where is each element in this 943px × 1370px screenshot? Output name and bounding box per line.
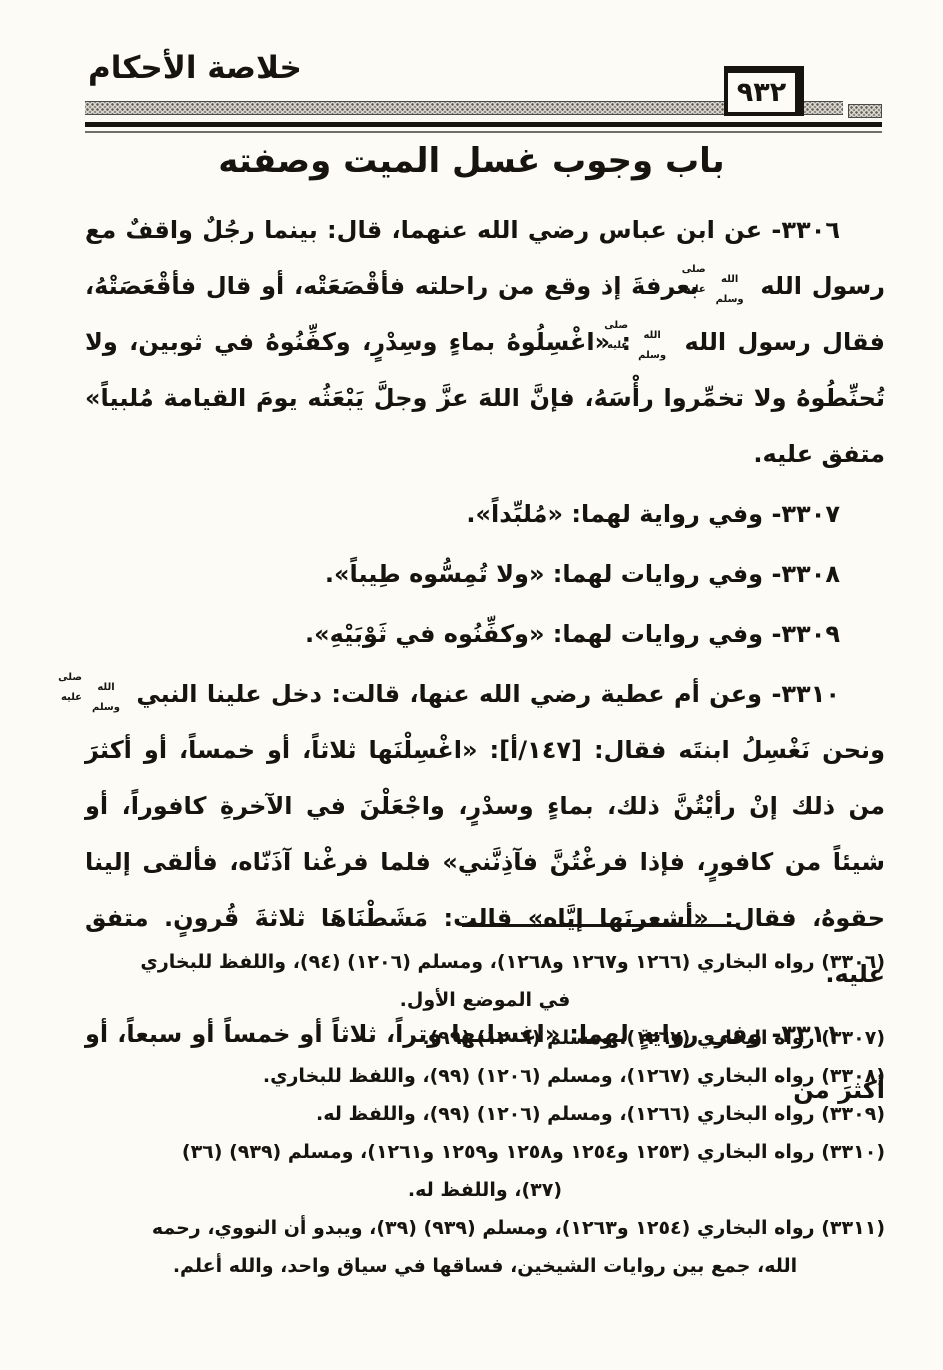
footnote-3311: (٣٣١١) رواه البخاري (١٢٥٤ و١٢٦٣)، ومسلم … xyxy=(85,1209,885,1247)
footnote-3310: (٣٣١٠) رواه البخاري (١٢٥٣ و١٢٥٤ و١٢٥٨ و١… xyxy=(85,1133,885,1171)
hadith-3306: ٣٣٠٦- عن ابن عباس رضي الله عنهما، قال: ب… xyxy=(85,202,885,482)
header-rule-thin xyxy=(85,131,882,133)
prophet-honorific-icon: صلى اللهعليه وسلم xyxy=(631,321,673,361)
chapter-title: باب وجوب غسل الميت وصفته xyxy=(0,141,943,181)
prophet-honorific-icon: صلى اللهعليه وسلم xyxy=(709,265,751,305)
footnote-3308: (٣٣٠٨) رواه البخاري (١٢٦٧)، ومسلم (١٢٠٦)… xyxy=(85,1057,885,1095)
footnote-separator xyxy=(462,924,737,927)
page-number: ٩٣٢ xyxy=(737,77,786,108)
hadith-3308: ٣٣٠٨- وفي روايات لهما: «ولا تُمِسُّوه طِ… xyxy=(85,546,885,602)
footnote-3306: (٣٣٠٦) رواه البخاري (١٢٦٦ و١٢٦٧ و١٢٦٨)، … xyxy=(85,943,885,981)
footnote-list: (٣٣٠٦) رواه البخاري (١٢٦٦ و١٢٦٧ و١٢٦٨)، … xyxy=(85,943,885,1285)
footnote-3306-cont: في الموضع الأول. xyxy=(85,981,885,1019)
hadith-3307: ٣٣٠٧- وفي رواية لهما: «مُلبِّداً». xyxy=(85,486,885,542)
header-rule-thick xyxy=(85,122,882,127)
footnote-3307: (٣٣٠٧) رواه البخاري (١٢٦٧)، ومسلم (١٢٠٦)… xyxy=(85,1019,885,1057)
ornament-band-fragment xyxy=(848,104,882,118)
hadith-3309: ٣٣٠٩- وفي روايات لهما: «وكفِّنُوه في ثَو… xyxy=(85,606,885,662)
footnote-3309: (٣٣٠٩) رواه البخاري (١٢٦٦)، ومسلم (١٢٠٦)… xyxy=(85,1095,885,1133)
footnote-3310-cont: (٣٧)، واللفظ له. xyxy=(85,1171,885,1209)
prophet-honorific-icon: صلى اللهعليه وسلم xyxy=(85,673,127,713)
page-number-box: ٩٣٢ xyxy=(724,66,804,116)
footnote-3311-cont: الله، جمع بين روايات الشيخين، فساقها في … xyxy=(85,1247,885,1285)
footnotes-section: (٣٣٠٦) رواه البخاري (١٢٦٦ و١٢٦٧ و١٢٦٨)، … xyxy=(85,924,885,1285)
book-title: خلاصة الأحكام xyxy=(88,50,302,86)
